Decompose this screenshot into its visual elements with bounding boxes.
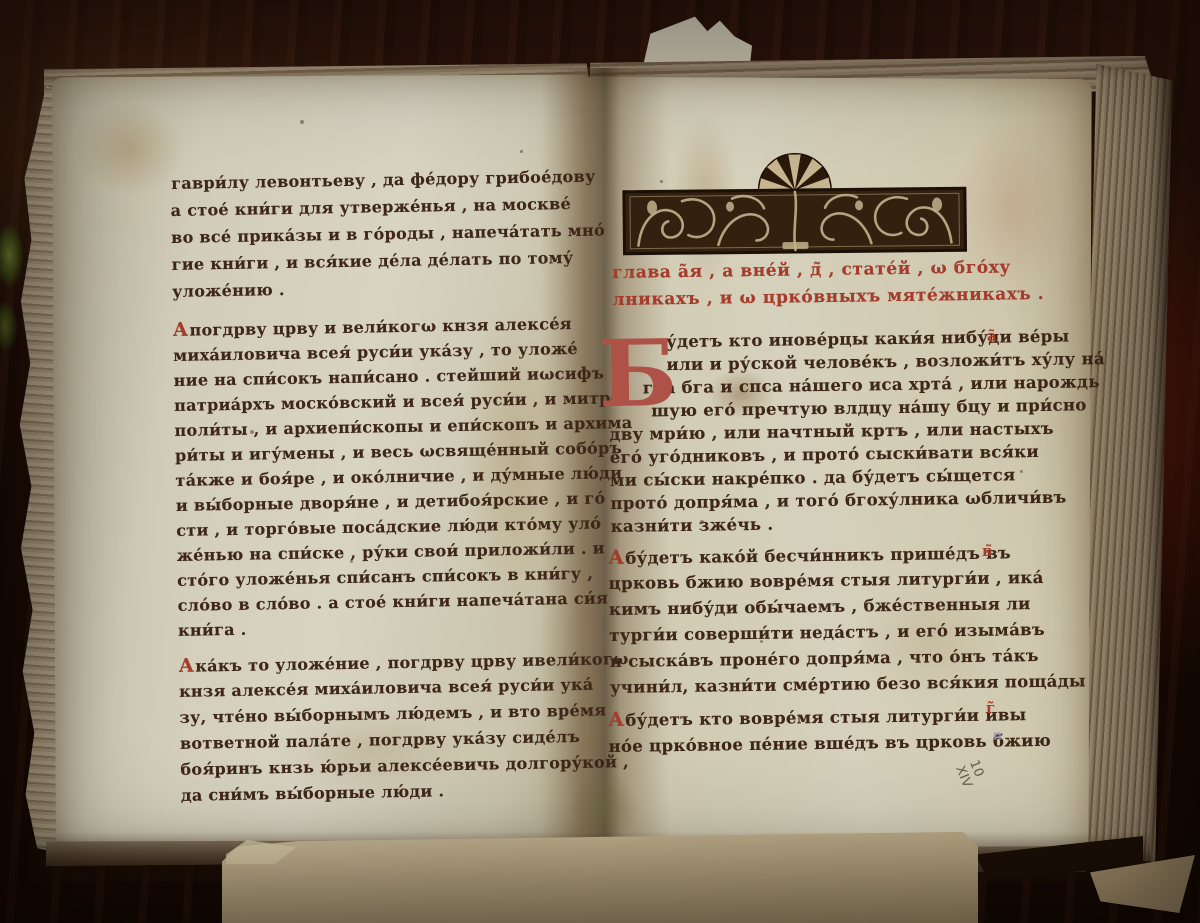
left-page-text: гаври́лу левонтьеву , да фе́дору грибое́…: [170, 162, 639, 809]
text-line-content: погдрву црву и вели́когω кнзя алексе́я: [189, 314, 572, 340]
text-line-content: бу́детъ кто вовре́мя стыя литурги́и ивы: [625, 705, 1026, 730]
article-1-paragraph: Б у́детъ кто инове́рцы каки́я нибу́ди ве…: [608, 324, 1107, 538]
drop-cap-initial: Б: [598, 330, 678, 417]
article-3-paragraph: Абу́детъ кто вовре́мя стыя литурги́и ивы…: [608, 700, 1051, 760]
paragraph-initial: А: [608, 708, 624, 731]
text-line-content: бу́детъ како́й бесчи́нникъ прише́дъ въ: [625, 543, 1011, 567]
old-book-photo: гаври́лу левонтьеву , да фе́дору грибое́…: [0, 0, 1200, 923]
palmette-fan: [759, 154, 831, 190]
paragraph: гаври́лу левонтьеву , да фе́дору грибое́…: [170, 162, 630, 305]
paragraph: Ака́къ то уложе́ние , погдрву црву ивели…: [178, 645, 639, 809]
article-number-margin-mark: г̃: [986, 699, 995, 717]
chapter-heading: глава а̃я , а вне́й , д̃ , стате́й , ω б…: [612, 254, 1044, 314]
paragraph-initial: А: [173, 319, 189, 341]
fox-spot: [300, 120, 304, 124]
paragraph: Апогдрву црву и вели́когω кнзя алексе́я …: [173, 310, 637, 643]
paragraph-initial: А: [608, 546, 624, 569]
fox-spot: [520, 150, 523, 153]
article-number-margin-mark: а̃: [987, 327, 997, 345]
article-number-margin-mark: в̃: [982, 542, 992, 560]
loose-paper-sheet: [222, 830, 978, 923]
blue-stamp-mark: п: [993, 729, 1002, 744]
article-2-paragraph: Абу́детъ како́й бесчи́нникъ прише́дъ въ …: [608, 538, 1086, 701]
text-line-content: гаври́лу левонтьеву , да фе́дору грибое́…: [171, 167, 596, 193]
paragraph-initial: А: [178, 655, 194, 677]
headpiece-ornament: [621, 148, 967, 257]
